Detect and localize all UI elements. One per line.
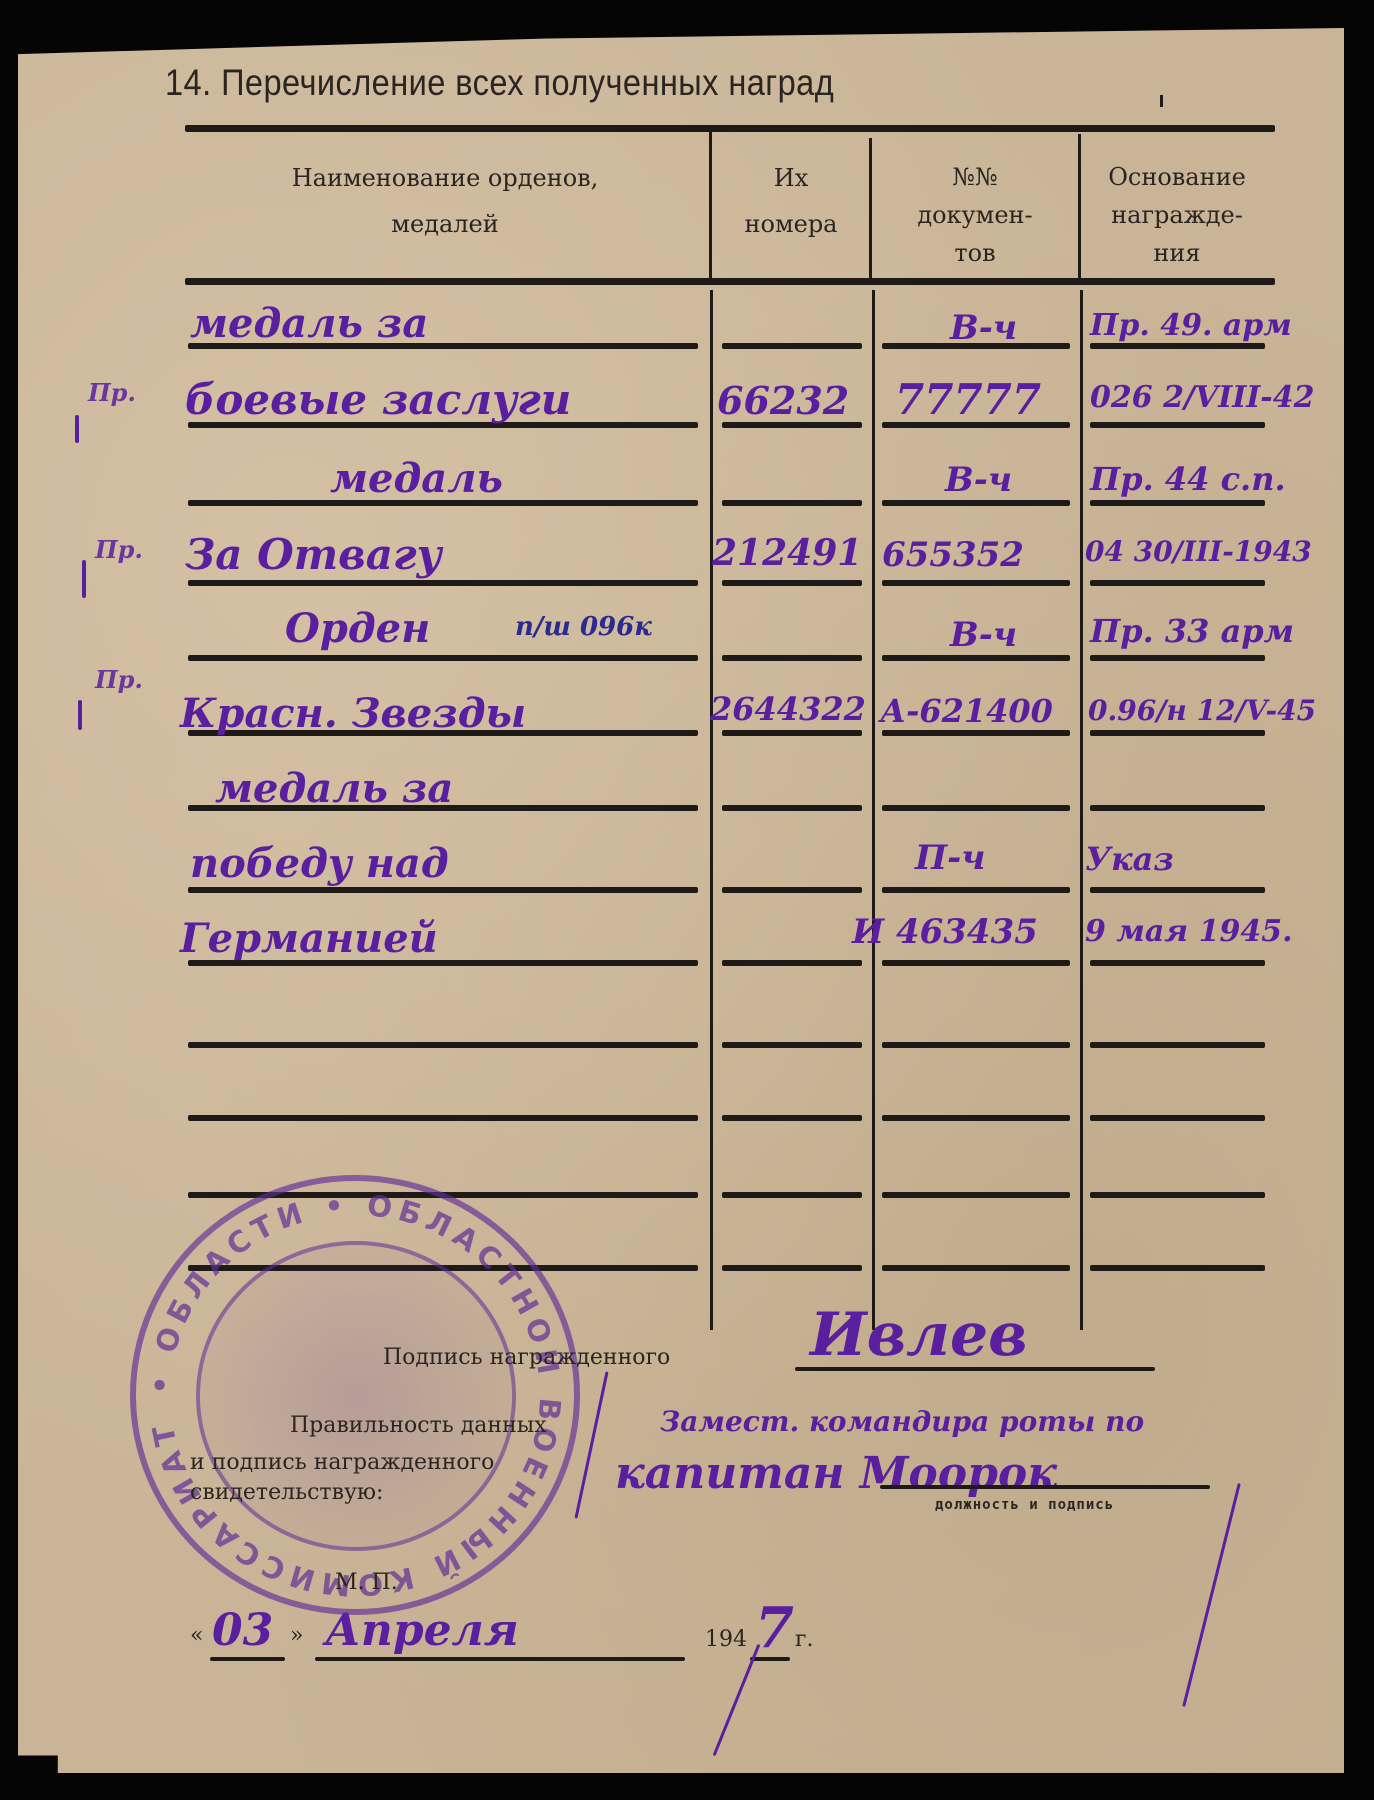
award-name: За Отвагу	[185, 530, 442, 579]
award-basis: Пр. 49. арм	[1090, 308, 1292, 343]
row-rule	[882, 887, 1070, 893]
recipient-signature: Ивлев	[810, 1300, 1028, 1370]
recipient-signature-label: Подпись награжденного	[383, 1345, 670, 1370]
row-rule	[722, 580, 862, 586]
official-signature-line	[880, 1485, 1210, 1489]
official-signature: капитан Моорок	[615, 1448, 1057, 1499]
official-seal-stamp: • ОБЛАСТИ • ОБЛАСТНОЙ ВОЕННЫЙ КОМИССАРИА…	[130, 1175, 580, 1615]
row-rule	[882, 960, 1070, 966]
date-year-prefix: 194	[705, 1627, 747, 1652]
row-rule	[722, 500, 862, 506]
row-rule	[1090, 887, 1265, 893]
award-number: 212491	[712, 532, 862, 574]
column-header-documents: №№ докумен- тов	[873, 158, 1077, 272]
row-rule	[1090, 580, 1265, 586]
award-name: Орден	[285, 605, 430, 652]
section-title: 14. Перечисление всех полученных наград	[165, 62, 834, 104]
award-name: победу над	[190, 840, 449, 887]
award-document: А-621400	[880, 692, 1053, 730]
margin-mark: Пр.	[95, 535, 143, 564]
row-rule	[1090, 500, 1265, 506]
row-rule	[722, 1042, 862, 1048]
row-rule	[722, 960, 862, 966]
date-month: Апреля	[325, 1605, 519, 1656]
row-rule	[1090, 655, 1265, 661]
row-rule	[1090, 343, 1265, 349]
award-basis: 0.96/н 12/V-45	[1088, 694, 1316, 727]
column-header-basis: Основание награжде- ния	[1082, 158, 1272, 272]
column-divider	[1078, 134, 1081, 278]
row-rule	[882, 580, 1070, 586]
row-rule	[188, 887, 698, 893]
row-rule	[882, 1115, 1070, 1121]
award-name: медаль за	[215, 765, 453, 812]
svg-text:• ОБЛАСТИ • ОБЛАСТНОЙ ВОЕННЫЙ: • ОБЛАСТИ • ОБЛАСТНОЙ ВОЕННЫЙ КОМИССАРИА…	[136, 1181, 567, 1603]
row-rule	[1090, 960, 1265, 966]
certify-label-line2: и подпись награжденного	[190, 1450, 494, 1475]
row-rule	[1090, 1265, 1265, 1271]
seal-place-label: М. П.	[335, 1570, 398, 1595]
row-rule	[1090, 1042, 1265, 1048]
row-rule	[722, 805, 862, 811]
margin-mark: Пр.	[88, 378, 136, 407]
column-header-name: Наименование орденов, медалей	[190, 160, 700, 242]
award-basis: 04 30/III-1943	[1085, 535, 1312, 568]
column-divider	[1080, 290, 1083, 1330]
margin-tick	[78, 700, 82, 730]
award-basis: Указ	[1085, 840, 1174, 878]
award-name: медаль	[330, 455, 503, 502]
row-rule	[1090, 1115, 1265, 1121]
award-document: 77777	[895, 375, 1041, 424]
margin-tick	[82, 560, 86, 598]
column-header-number: Их номера	[714, 160, 868, 242]
ink-speck	[1160, 95, 1163, 107]
award-document: В-ч	[950, 615, 1017, 655]
column-divider	[869, 138, 872, 278]
award-document: В-ч	[945, 460, 1012, 500]
row-rule	[722, 1115, 862, 1121]
row-rule	[188, 1115, 698, 1121]
row-rule	[188, 580, 698, 586]
award-name: медаль за	[190, 300, 428, 347]
row-rule	[882, 730, 1070, 736]
row-rule	[882, 1042, 1070, 1048]
award-basis: Пр. 44 с.п.	[1090, 460, 1286, 498]
date-year-suffix: 7	[755, 1595, 794, 1661]
header-bottom-rule	[185, 278, 1275, 285]
award-document: 655352	[882, 535, 1024, 575]
date-year-abbrev: г.	[795, 1627, 814, 1652]
date-day: 03	[212, 1605, 273, 1656]
award-document: В-ч	[950, 308, 1017, 348]
column-divider	[709, 132, 712, 278]
row-rule	[1090, 422, 1265, 428]
row-rule	[882, 1265, 1070, 1271]
row-rule	[722, 730, 862, 736]
row-rule	[188, 1042, 698, 1048]
margin-mark: Пр.	[95, 665, 143, 694]
award-name: Красн. Звезды	[180, 690, 526, 737]
award-basis: 9 мая 1945.	[1085, 914, 1293, 949]
row-rule	[882, 1192, 1070, 1198]
date-row: « 03 » Апреля 194 7 г.	[190, 1605, 870, 1665]
date-year-line	[750, 1657, 790, 1661]
award-document: П-ч	[915, 838, 986, 878]
margin-tick	[75, 415, 79, 443]
certify-label-line3: свидетельствую:	[190, 1480, 383, 1505]
row-rule	[1090, 1192, 1265, 1198]
award-name: боевые заслуги	[185, 375, 571, 424]
award-number: 2644322	[710, 690, 866, 728]
certify-label-line1: Правильность данных	[290, 1413, 547, 1438]
row-rule	[722, 887, 862, 893]
award-basis: Пр. 33 арм	[1090, 612, 1294, 650]
row-rule	[1090, 730, 1265, 736]
award-document: И 463435	[852, 912, 1038, 952]
row-rule	[188, 655, 698, 661]
column-divider	[872, 290, 875, 1330]
row-rule	[722, 1192, 862, 1198]
row-rule	[882, 805, 1070, 811]
official-signature-caption: должность и подпись	[935, 1497, 1114, 1513]
column-divider	[710, 290, 713, 1330]
award-name-note: п/ш 096к	[515, 612, 652, 642]
row-rule	[882, 655, 1070, 661]
seal-ring-text: • ОБЛАСТИ • ОБЛАСТНОЙ ВОЕННЫЙ КОМИССАРИА…	[136, 1181, 574, 1609]
row-rule	[722, 343, 862, 349]
award-name: Германией	[180, 915, 438, 962]
row-rule	[722, 655, 862, 661]
row-rule	[722, 1265, 862, 1271]
date-month-line	[315, 1657, 685, 1661]
award-basis: 026 2/VIII-42	[1090, 380, 1314, 415]
award-number: 66232	[717, 378, 849, 423]
row-rule	[882, 500, 1070, 506]
row-rule	[1090, 805, 1265, 811]
header-top-rule	[185, 125, 1275, 132]
date-day-line	[210, 1657, 285, 1661]
official-position: Замест. командира роты по	[660, 1405, 1144, 1438]
